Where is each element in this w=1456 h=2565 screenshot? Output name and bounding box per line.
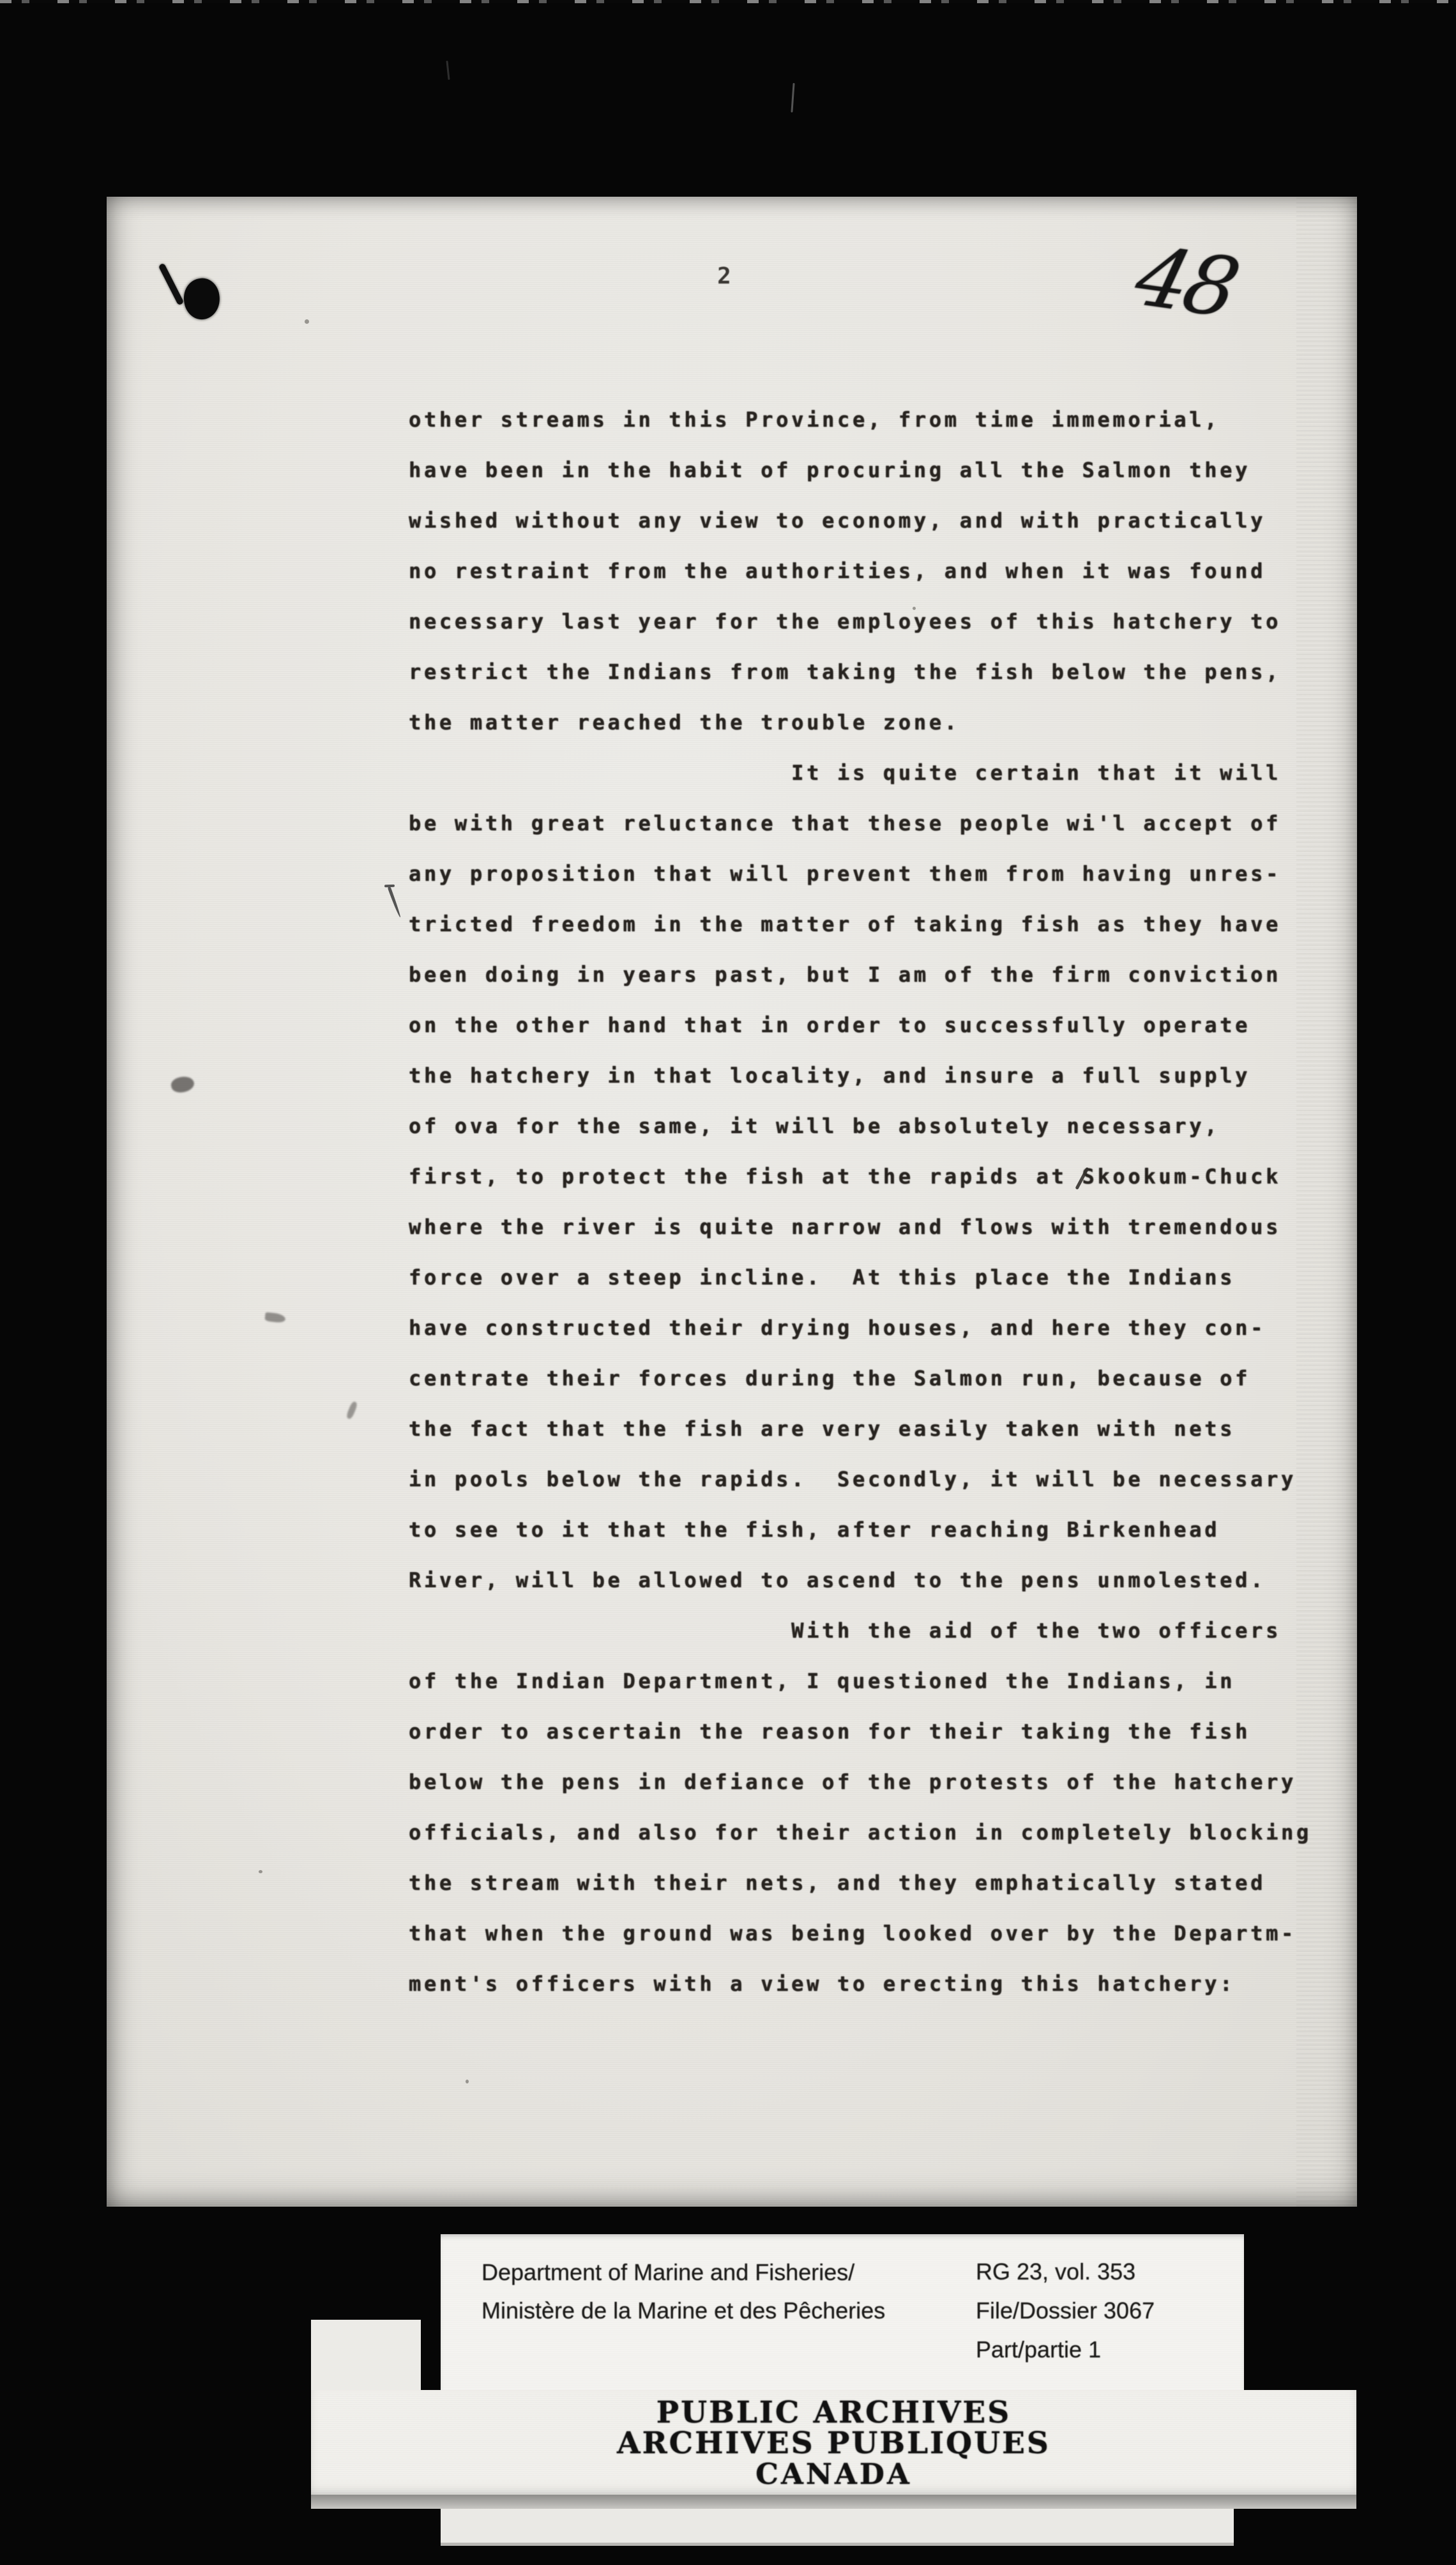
label-department-names: Department of Marine and Fisheries/ Mini… — [482, 2253, 885, 2330]
paper-speck — [466, 2080, 469, 2083]
archive-reference-label: Department of Marine and Fisheries/ Mini… — [441, 2234, 1244, 2390]
public-archives-stamp: PUBLIC ARCHIVES ARCHIVES PUBLIQUES CANAD… — [311, 2390, 1356, 2490]
paper-strip-bottom — [441, 2509, 1234, 2546]
typed-body-text: other streams in this Province, from tim… — [409, 395, 1312, 2009]
folio-handwritten-number: 48 — [1126, 229, 1245, 335]
scan-gray-strip — [311, 2495, 1356, 2509]
stamp-line-french: ARCHIVES PUBLIQUES — [311, 2428, 1356, 2459]
paper-speck — [305, 319, 309, 324]
film-edge-speckle — [0, 0, 1456, 3]
label-department-en: Department of Marine and Fisheries/ — [482, 2253, 885, 2292]
archives-stamp-band: PUBLIC ARCHIVES ARCHIVES PUBLIQUES CANAD… — [311, 2390, 1356, 2495]
ink-smudge — [345, 1401, 358, 1420]
label-department-fr: Ministère de la Marine et des Pêcheries — [482, 2292, 885, 2330]
label-part-partie: Part/partie 1 — [976, 2330, 1155, 2369]
stamp-line-canada: CANADA — [311, 2459, 1356, 2490]
scan-edge-noise — [1296, 197, 1357, 2207]
film-scratch — [791, 83, 794, 112]
ink-smudge — [264, 1312, 285, 1323]
paper-speck — [259, 1870, 262, 1873]
stamp-line-english: PUBLIC ARCHIVES — [311, 2398, 1356, 2428]
film-scratch — [446, 61, 450, 80]
document-page: 2 48 other streams in this Province, fro… — [107, 197, 1357, 2207]
microfilm-scan: 2 48 other streams in this Province, fro… — [0, 0, 1456, 2565]
pen-mark-margin-arrow — [387, 886, 401, 918]
label-file-dossier: File/Dossier 3067 — [976, 2291, 1155, 2330]
label-rg-volume: RG 23, vol. 353 — [976, 2252, 1155, 2291]
ink-smudge — [170, 1075, 195, 1095]
paper-strip-left — [311, 2320, 421, 2391]
paper-speck — [1196, 1783, 1200, 1786]
ink-blot — [181, 276, 223, 323]
paper-speck — [913, 607, 916, 610]
label-reference-numbers: RG 23, vol. 353 File/Dossier 3067 Part/p… — [976, 2252, 1155, 2369]
ink-blot-tail — [158, 263, 185, 306]
page-number: 2 — [711, 263, 737, 289]
